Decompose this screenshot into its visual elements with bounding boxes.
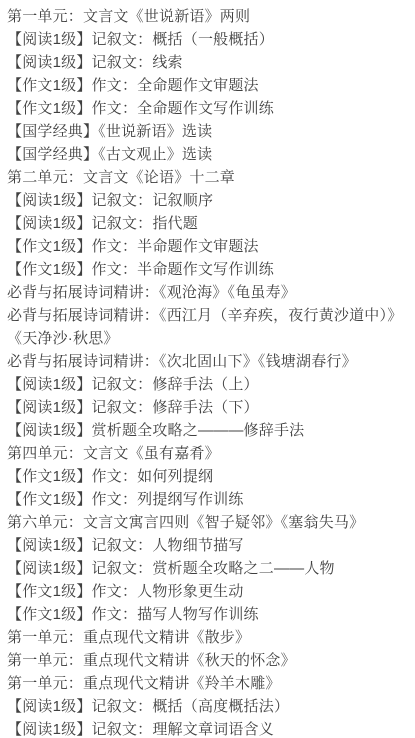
course-line: 【作文1级】作文：半命题作文写作训练 <box>7 258 415 281</box>
course-line: 【国学经典】《古文观止》选读 <box>7 143 415 166</box>
course-line: 第四单元：文言文《虽有嘉肴》 <box>7 442 415 465</box>
course-line: 【作文1级】作文：如何列提纲 <box>7 465 415 488</box>
course-line: 第六单元：文言文寓言四则《智子疑邻》《塞翁失马》 <box>7 511 415 534</box>
course-line: 第一单元：重点现代文精讲《秋天的怀念》 <box>7 649 415 672</box>
course-line: 必背与拓展诗词精讲：《观沧海》《龟虽寿》 <box>7 281 415 304</box>
course-line: 【阅读1级】记叙文：赏析题全攻略之二——人物 <box>7 557 415 580</box>
course-line: 【国学经典】《世说新语》选读 <box>7 120 415 143</box>
course-line: 【作文1级】作文：半命题作文审题法 <box>7 235 415 258</box>
course-line: 第二单元：文言文《论语》十二章 <box>7 166 415 189</box>
course-line: 【阅读1级】记叙文：修辞手法（下） <box>7 396 415 419</box>
course-list: 第一单元：文言文《世说新语》两则【阅读1级】记叙文：概括（一般概括）【阅读1级】… <box>7 5 415 738</box>
course-line: 【阅读1级】记叙文：指代题 <box>7 212 415 235</box>
course-line: 【阅读1级】记叙文：记叙顺序 <box>7 189 415 212</box>
course-line: 【阅读1级】记叙文：概括（一般概括） <box>7 28 415 51</box>
course-line: 【作文1级】作文：列提纲写作训练 <box>7 488 415 511</box>
course-line: 必背与拓展诗词精讲：《次北固山下》《钱塘湖春行》 <box>7 350 415 373</box>
course-line: 【作文1级】作文：全命题作文审题法 <box>7 74 415 97</box>
course-line: 【阅读1级】记叙文：理解文章词语含义 <box>7 718 415 738</box>
course-line: 【阅读1级】记叙文：概括（高度概括法） <box>7 695 415 718</box>
course-line: 第一单元：重点现代文精讲《散步》 <box>7 626 415 649</box>
course-line: 【作文1级】作文：描写人物写作训练 <box>7 603 415 626</box>
course-line: 必背与拓展诗词精讲：《西江月（辛弃疾，夜行黄沙道中）》 <box>7 304 415 327</box>
course-line: 《天净沙·秋思》 <box>7 327 415 350</box>
course-line: 【作文1级】作文：人物形象更生动 <box>7 580 415 603</box>
course-line: 第一单元：重点现代文精讲《羚羊木雕》 <box>7 672 415 695</box>
course-line: 第一单元：文言文《世说新语》两则 <box>7 5 415 28</box>
course-line: 【阅读1级】赏析题全攻略之———修辞手法 <box>7 419 415 442</box>
course-line: 【阅读1级】记叙文：人物细节描写 <box>7 534 415 557</box>
course-outline-page: 第一单元：文言文《世说新语》两则【阅读1级】记叙文：概括（一般概括）【阅读1级】… <box>0 0 415 738</box>
course-line: 【作文1级】作文：全命题作文写作训练 <box>7 97 415 120</box>
course-line: 【阅读1级】记叙文：线索 <box>7 51 415 74</box>
course-line: 【阅读1级】记叙文：修辞手法（上） <box>7 373 415 396</box>
